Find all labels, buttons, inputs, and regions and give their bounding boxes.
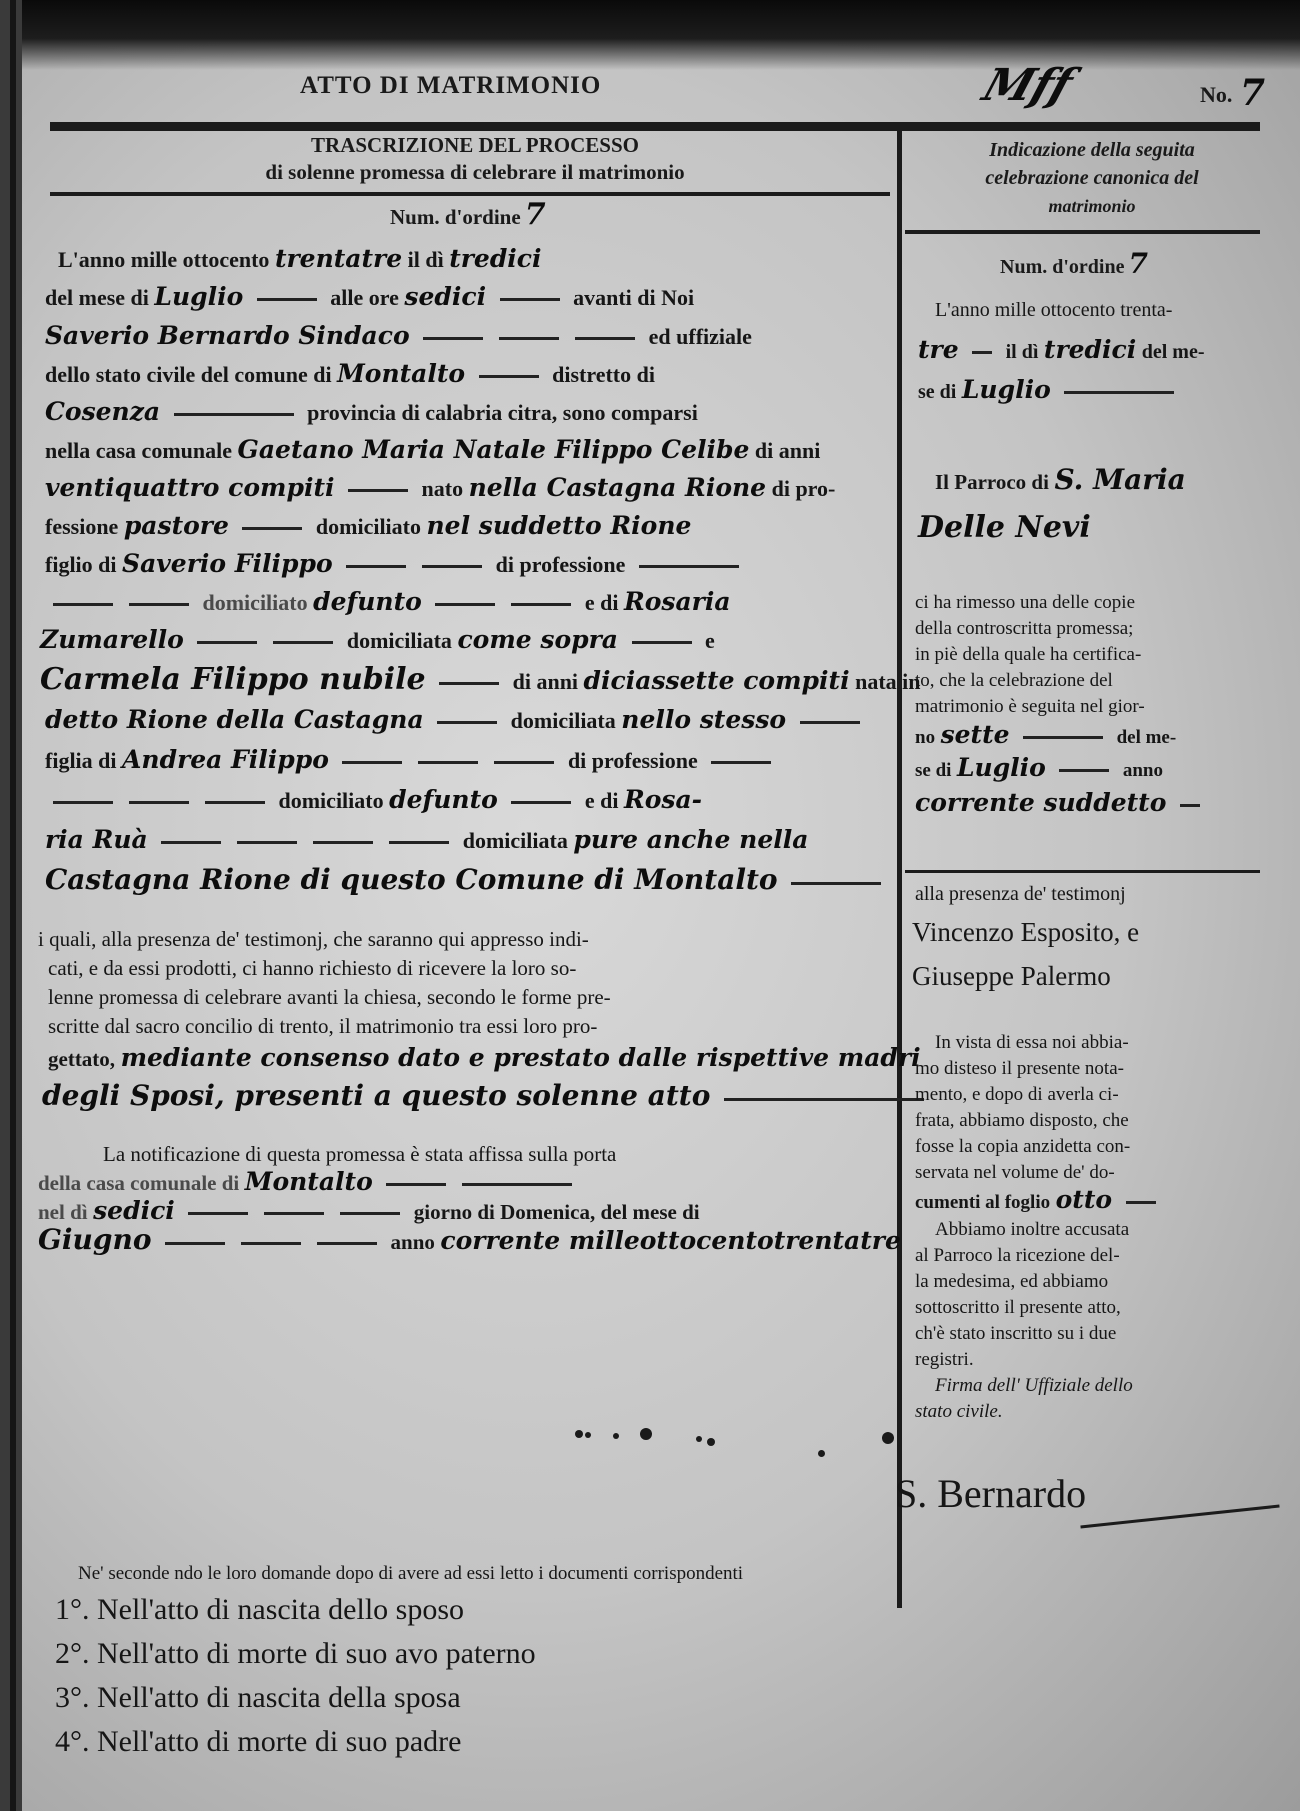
- handwritten-text: Gaetano Maria Natale Filippo Celibe: [238, 435, 750, 464]
- blank-dash: [129, 801, 189, 804]
- printed-text: domiciliata: [463, 828, 568, 853]
- handwritten-text: sedici: [93, 1196, 175, 1225]
- handwritten-text: Rosaria: [624, 587, 731, 616]
- printed-text: dello stato civile del comune di: [45, 362, 332, 387]
- blank-dash: [1126, 1201, 1156, 1204]
- blank-dash: [418, 761, 478, 764]
- blank-dash: [242, 527, 302, 530]
- notification-line: nel dì sedici giorno di Domenica, del me…: [38, 1197, 888, 1226]
- blank-dash: [53, 603, 113, 606]
- form-line-16: ria Ruà domiciliata pure anche nella: [45, 826, 808, 855]
- handwritten-text: pastore: [124, 511, 229, 540]
- handwritten-text: trentatre: [275, 244, 402, 273]
- witness-1: Vincenzo Esposito, e: [912, 918, 1139, 946]
- paragraph-tail: gettato, mediante consenso dato e presta…: [48, 1041, 898, 1076]
- handwritten-text: diciassette compiti: [584, 666, 850, 695]
- witness-label: alla presenza de' testimonj: [915, 880, 1126, 908]
- blank-dash: [462, 1183, 572, 1186]
- right-header-line: matrimonio: [912, 192, 1272, 220]
- celebration-year-line: corrente suddetto: [915, 786, 1275, 821]
- handwritten-text: corrente suddetto: [915, 788, 1166, 817]
- printed-text: domiciliato: [316, 514, 421, 539]
- parroco-line: Il Parroco di S. Maria: [935, 466, 1186, 496]
- printed-text: avanti di Noi: [573, 285, 694, 310]
- form-line-2: del mese di Luglio alle ore sedici avant…: [45, 283, 694, 312]
- printed-text: anno: [1123, 760, 1163, 781]
- scan-top-shadow: [0, 0, 1300, 70]
- right-date-line: tre il dì tredici del me-: [918, 336, 1205, 366]
- printed-text: del me-: [1117, 727, 1177, 748]
- order-label: Num. d'ordine: [1000, 256, 1124, 278]
- blank-dash: [423, 337, 483, 340]
- paragraph-tail-2: degli Sposi, presenti a questo solenne a…: [42, 1076, 892, 1118]
- form-line-17: Castagna Rione di questo Comune di Monta…: [45, 866, 889, 896]
- blank-dash: [237, 841, 297, 844]
- body-line: to, che la celebrazione del: [915, 668, 1275, 694]
- printed-text: Il Parroco di: [935, 470, 1049, 494]
- printed-text: e di: [585, 590, 619, 615]
- printed-text: se di: [918, 381, 956, 403]
- celebration-day-line: no sette del me-: [915, 720, 1275, 753]
- blank-dash: [342, 761, 402, 764]
- handwritten-text: defunto: [389, 785, 498, 814]
- printed-text: figlio di: [45, 552, 117, 577]
- printed-text: gettato,: [48, 1047, 115, 1071]
- blank-dash: [1064, 391, 1174, 394]
- form-line-5: Cosenza provincia di calabria citra, son…: [45, 398, 698, 427]
- blank-dash: [340, 1212, 400, 1215]
- handwritten-text: pure anche nella: [573, 825, 808, 854]
- blank-dash: [161, 841, 221, 844]
- blank-dash: [346, 565, 406, 568]
- printed-text: cumenti al foglio: [915, 1192, 1050, 1213]
- printed-text: no: [915, 727, 935, 748]
- order-label: Num. d'ordine: [390, 205, 521, 229]
- form-line-7: ventiquattro compiti nato nella Castagna…: [45, 474, 835, 503]
- body-line: mo disteso il presente nota-: [915, 1056, 1275, 1082]
- blank-dash: [511, 801, 571, 804]
- form-line-6: nella casa comunale Gaetano Maria Natale…: [45, 436, 820, 465]
- right-header-rule: [905, 230, 1260, 234]
- printed-text: della casa comunale di: [38, 1171, 239, 1195]
- body-line: matrimonio è seguita nel gior-: [915, 694, 1275, 720]
- handwritten-stamp: Mff: [977, 60, 1079, 111]
- blank-dash: [197, 641, 257, 644]
- form-line-1: L'anno mille ottocento trentatre il dì t…: [58, 245, 542, 274]
- body-line: fosse la copia anzidetta con-: [915, 1134, 1275, 1160]
- body-line: In vista di essa noi abbia-: [935, 1030, 1295, 1056]
- right-order-number: Num. d'ordine 7: [1000, 247, 1147, 280]
- blank-dash: [174, 413, 294, 416]
- left-header-rule: [50, 192, 890, 196]
- paragraph-line: scritte dal sacro concilio di trento, il…: [48, 1012, 898, 1041]
- printed-text: provincia di calabria citra, sono compar…: [307, 400, 698, 425]
- body-line: la medesima, ed abbiamo: [915, 1269, 1275, 1295]
- blank-dash: [257, 298, 317, 301]
- handwritten-text: Rosa-: [624, 785, 702, 814]
- printed-text: di anni: [513, 669, 578, 694]
- blank-dash: [53, 801, 113, 804]
- handwritten-text: Delle Nevi: [918, 510, 1091, 545]
- form-line-15: domiciliato defunto e di Rosa-: [45, 786, 702, 815]
- blank-dash: [386, 1183, 446, 1186]
- notification-line: La notificazione di questa promessa è st…: [103, 1140, 953, 1168]
- handwritten-text: tre: [918, 335, 959, 364]
- printed-text: domiciliato: [279, 788, 384, 813]
- printed-text: nato: [422, 476, 464, 501]
- form-line-10: domiciliato defunto e di Rosaria: [45, 588, 731, 617]
- handwritten-text: otto: [1056, 1185, 1112, 1214]
- handwritten-text: Montalto: [337, 359, 465, 388]
- right-section-rule: [905, 870, 1260, 873]
- blank-dash: [264, 1212, 324, 1215]
- blank-dash: [632, 641, 692, 644]
- printed-text: se di: [915, 760, 951, 781]
- handwritten-text: S. Maria: [1054, 463, 1185, 496]
- record-number-value: 7: [1240, 72, 1265, 114]
- printed-text: di professione: [568, 748, 698, 773]
- footer-intro: Ne' seconde ndo le loro domande dopo di …: [78, 1560, 743, 1588]
- printed-text: di professione: [496, 552, 626, 577]
- printed-text: nella casa comunale: [45, 438, 232, 463]
- handwritten-text: degli Sposi, presenti a questo solenne a…: [42, 1079, 710, 1112]
- form-line-13: detto Rione della Castagna domiciliata n…: [45, 706, 868, 735]
- blank-dash: [435, 603, 495, 606]
- blank-dash: [494, 761, 554, 764]
- handwritten-text: corrente milleottocentotrentatre: [440, 1226, 900, 1255]
- blank-dash: [313, 841, 373, 844]
- right-header-line: celebrazione canonica del: [912, 164, 1272, 192]
- document-item: 1°. Nell'atto di nascita dello sposo: [55, 1596, 464, 1624]
- witness-2: Giuseppe Palermo: [912, 962, 1111, 990]
- blank-dash: [1023, 736, 1103, 739]
- handwritten-text: ria Ruà: [45, 825, 148, 854]
- handwritten-text: Luglio: [957, 753, 1046, 782]
- printed-text: giorno di Domenica, del mese di: [414, 1200, 700, 1224]
- blank-dash: [1059, 769, 1109, 772]
- paragraph-line: lenne promessa di celebrare avanti la ch…: [48, 983, 898, 1012]
- printed-text: domiciliata: [511, 708, 616, 733]
- notification-line: Giugno anno corrente milleottocentotrent…: [38, 1226, 888, 1256]
- blank-dash: [1180, 804, 1200, 807]
- body-line: della controscritta promessa;: [915, 616, 1275, 642]
- handwritten-text: Saverio Bernardo Sindaco: [45, 321, 410, 350]
- body-line: sottoscritto il presente atto,: [915, 1295, 1275, 1321]
- right-body-2: In vista di essa noi abbia- mo disteso i…: [915, 1030, 1275, 1425]
- printed-text: figlia di: [45, 748, 117, 773]
- handwritten-text: nel suddetto Rione: [427, 511, 692, 540]
- printed-text: distretto di: [552, 362, 655, 387]
- printed-text: nel dì: [38, 1200, 88, 1224]
- printed-text: di pro-: [772, 476, 836, 501]
- signature-label: Firma dell' Uffiziale dello: [935, 1373, 1295, 1399]
- handwritten-text: Giugno: [38, 1223, 152, 1256]
- printed-text: di anni: [755, 438, 820, 463]
- handwritten-text: Luglio: [962, 375, 1051, 404]
- handwritten-text: tredici: [1044, 335, 1136, 364]
- printed-text: del mese di: [45, 285, 149, 310]
- blank-dash: [575, 337, 635, 340]
- signature-label: stato civile.: [915, 1399, 1275, 1425]
- blank-dash: [479, 375, 539, 378]
- printed-text: il dì: [1006, 341, 1039, 363]
- blank-dash: [165, 1242, 225, 1245]
- blank-dash: [273, 641, 333, 644]
- handwritten-text: detto Rione della Castagna: [45, 705, 424, 734]
- parroco-line-2: Delle Nevi: [918, 514, 1091, 544]
- handwritten-text: Cosenza: [45, 397, 160, 426]
- blank-dash: [724, 1098, 924, 1101]
- printed-text: fessione: [45, 514, 118, 539]
- form-line-9: figlio di Saverio Filippo di professione: [45, 550, 747, 579]
- form-line-12: Carmela Filippo nubile di anni diciasset…: [40, 666, 921, 696]
- right-year-line: L'anno mille ottocento trenta-: [935, 296, 1172, 324]
- left-header-line2: di solenne promessa di celebrare il matr…: [60, 160, 890, 185]
- scan-left-edge: [0, 0, 22, 1811]
- body-line: ci ha rimesso una delle copie: [915, 590, 1275, 616]
- blank-dash: [389, 841, 449, 844]
- handwritten-text: defunto: [313, 587, 422, 616]
- blank-dash: [439, 682, 499, 685]
- blank-dash: [800, 721, 860, 724]
- handwritten-text: Saverio Filippo: [122, 549, 333, 578]
- handwritten-text: Montalto: [245, 1167, 373, 1196]
- body-line: servata nel volume de' do-: [915, 1160, 1275, 1186]
- printed-text: e: [705, 628, 715, 653]
- body-line: frata, abbiamo disposto, che: [915, 1108, 1275, 1134]
- order-value: 7: [1128, 247, 1147, 280]
- body-line: al Parroco la ricezione del-: [915, 1243, 1275, 1269]
- printed-text: del me-: [1142, 341, 1205, 363]
- handwritten-text: tredici: [449, 244, 541, 273]
- right-month-line: se di Luglio: [918, 376, 1182, 406]
- handwritten-text: ventiquattro compiti: [45, 473, 335, 502]
- blank-dash: [972, 351, 992, 354]
- blank-dash: [437, 721, 497, 724]
- form-line-8: fessione pastore domiciliato nel suddett…: [45, 512, 691, 541]
- handwritten-text: mediante consenso dato e prestato dalle …: [121, 1043, 921, 1072]
- official-signature: S. Bernardo: [895, 1480, 1086, 1508]
- body-line: registri.: [915, 1347, 1275, 1373]
- blank-dash: [511, 603, 571, 606]
- handwritten-text: nello stesso: [621, 705, 786, 734]
- blank-dash: [499, 337, 559, 340]
- printed-text: il dì: [408, 247, 444, 272]
- notification-line: della casa comunale di Montalto: [38, 1168, 888, 1197]
- printed-text: nata in: [855, 669, 920, 694]
- right-header: Indicazione della seguita celebrazione c…: [912, 136, 1272, 220]
- blank-dash: [791, 882, 881, 885]
- notification-section: La notificazione di questa promessa è st…: [38, 1140, 888, 1256]
- right-header-line: Indicazione della seguita: [912, 136, 1272, 164]
- handwritten-text: Andrea Filippo: [122, 745, 329, 774]
- document-item: 3°. Nell'atto di nascita della sposa: [55, 1684, 461, 1712]
- handwritten-text: Castagna Rione di questo Comune di Monta…: [45, 863, 778, 896]
- request-paragraph: i quali, alla presenza de' testimonj, ch…: [38, 925, 888, 1118]
- blank-dash: [348, 489, 408, 492]
- printed-text: domiciliata: [347, 628, 452, 653]
- right-body-1: ci ha rimesso una delle copie della cont…: [915, 590, 1275, 821]
- handwritten-text: come sopra: [457, 625, 618, 654]
- handwritten-text: sedici: [404, 282, 486, 311]
- printed-text: domiciliato: [203, 590, 308, 615]
- left-header-line1: TRASCRIZIONE DEL PROCESSO: [60, 133, 890, 158]
- handwritten-text: sette: [941, 720, 1010, 749]
- handwritten-text: Zumarello: [40, 625, 184, 654]
- celebration-month-line: se di Luglio anno: [915, 753, 1275, 786]
- printed-text: L'anno mille ottocento: [58, 247, 269, 272]
- handwritten-text: Carmela Filippo nubile: [40, 662, 426, 697]
- body-line: Abbiamo inoltre accusata: [935, 1217, 1295, 1243]
- handwritten-text: Luglio: [154, 282, 243, 311]
- printed-text: ed uffiziale: [649, 324, 752, 349]
- printed-text: anno: [391, 1230, 435, 1254]
- printed-text: e di: [585, 788, 619, 813]
- document-item: 2°. Nell'atto di morte di suo avo patern…: [55, 1640, 536, 1668]
- left-order-number: Num. d'ordine 7: [390, 197, 545, 232]
- blank-dash: [711, 761, 771, 764]
- body-line: ch'è stato inscritto su i due: [915, 1321, 1275, 1347]
- form-line-14: figlia di Andrea Filippo di professione: [45, 746, 779, 775]
- blank-dash: [129, 603, 189, 606]
- form-line-3: Saverio Bernardo Sindaco ed uffiziale: [45, 322, 752, 351]
- header-rule: [50, 122, 1260, 131]
- paragraph-line: cati, e da essi prodotti, ci hanno richi…: [48, 954, 898, 983]
- printed-text: alle ore: [330, 285, 399, 310]
- form-line-4: dello stato civile del comune di Montalt…: [45, 360, 655, 389]
- blank-dash: [639, 565, 739, 568]
- blank-dash: [205, 801, 265, 804]
- order-value: 7: [525, 197, 545, 232]
- body-line: in piè della quale ha certifica-: [915, 642, 1275, 668]
- document-item: 4°. Nell'atto di morte di suo padre: [55, 1728, 461, 1756]
- document-title: ATTO DI MATRIMONIO: [300, 72, 601, 100]
- foglio-line: cumenti al foglio otto: [915, 1186, 1275, 1217]
- form-line-11: Zumarello domiciliata come sopra e: [40, 626, 715, 655]
- handwritten-text: nella Castagna Rione: [469, 473, 767, 502]
- blank-dash: [500, 298, 560, 301]
- blank-dash: [241, 1242, 301, 1245]
- blank-dash: [317, 1242, 377, 1245]
- blank-dash: [422, 565, 482, 568]
- blank-dash: [188, 1212, 248, 1215]
- paragraph-line: i quali, alla presenza de' testimonj, ch…: [38, 925, 888, 954]
- record-number-label: No.: [1200, 82, 1232, 108]
- column-divider: [897, 128, 902, 1608]
- body-line: mento, e dopo di averla ci-: [915, 1082, 1275, 1108]
